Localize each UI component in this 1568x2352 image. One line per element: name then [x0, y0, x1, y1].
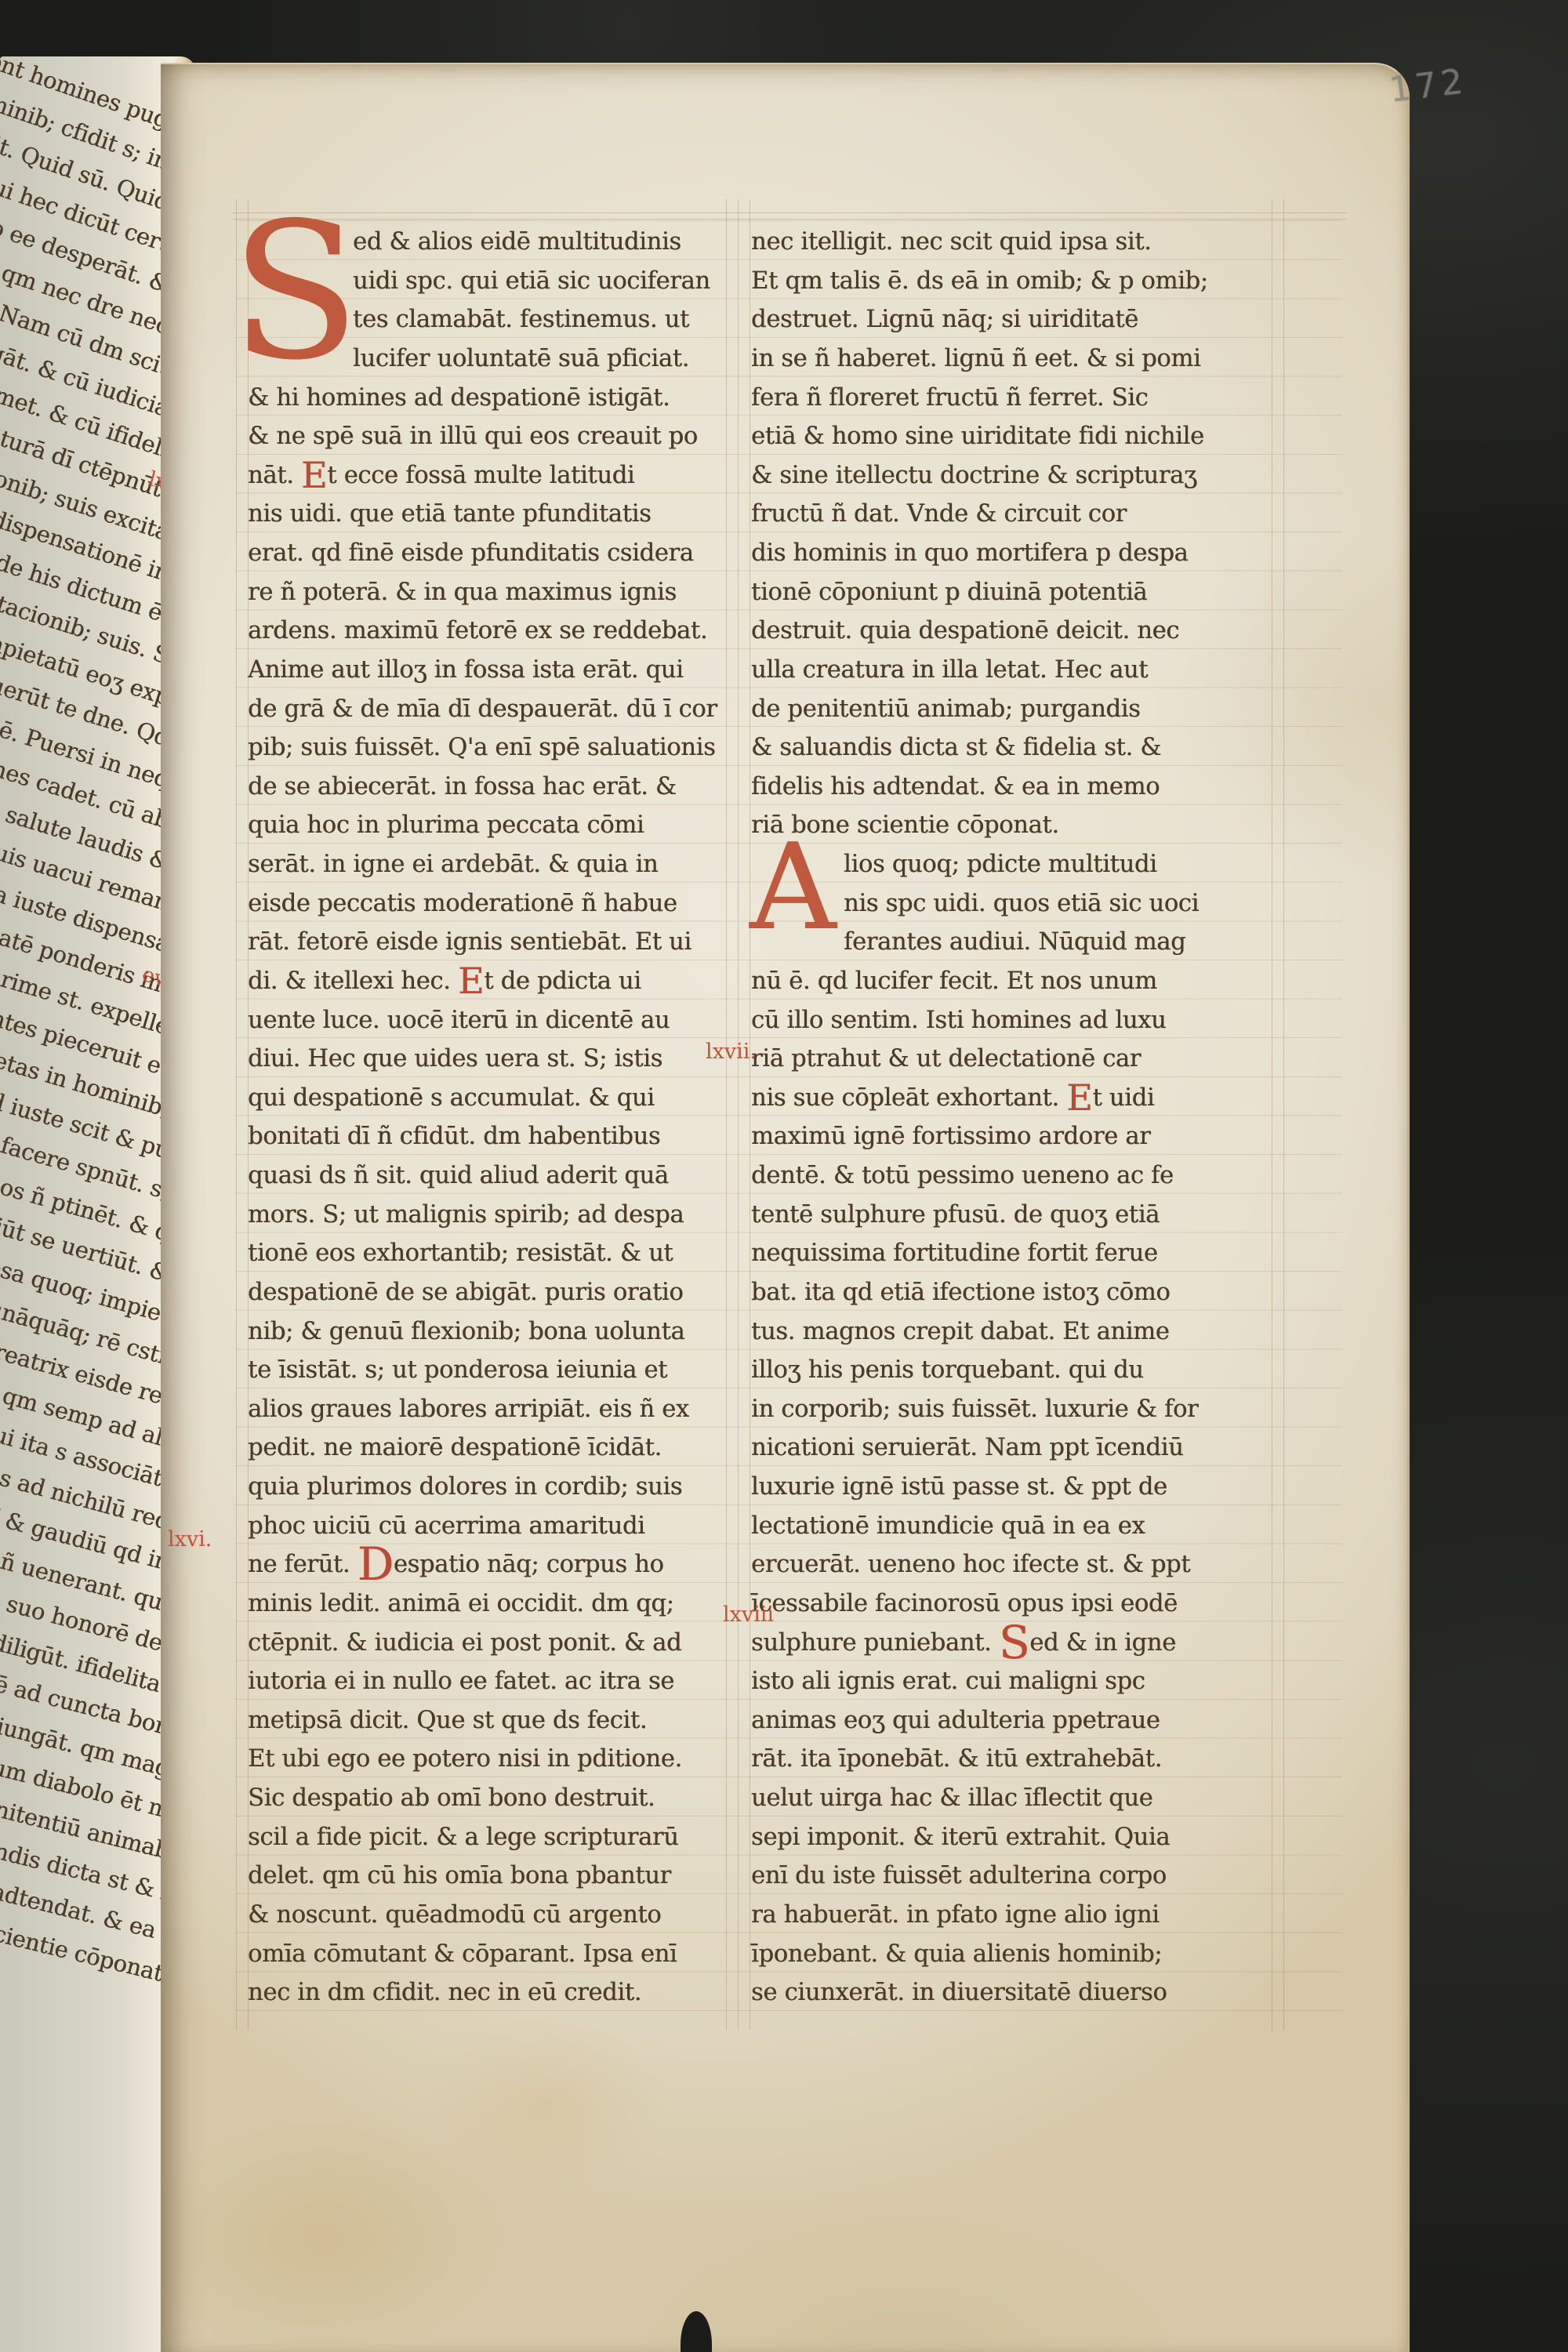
text-line: nec in dm cfidit. nec in eū credit.: [248, 1973, 738, 2013]
chapter-number-mark: lxvi.: [168, 1527, 212, 1552]
text-line: uelut uirga hac & illac īflectit que: [751, 1779, 1281, 1818]
text-line: erat. qd finē eisde pfunditatis csidera: [248, 534, 738, 573]
text-line: nequissima fortitudine fortit ferue: [751, 1234, 1281, 1273]
ruling-line: [750, 199, 750, 2031]
text-line: destruit. quia despationē deicit. nec: [751, 612, 1281, 651]
text-line: despationē de se abigāt. puris oratio: [248, 1273, 738, 1312]
text-line: nāt. Et ecce fossā multe latitudi: [248, 456, 738, 495]
text-line: sepi imponit. & iterū extrahit. Quia: [751, 1818, 1281, 1857]
manuscript-photo: & cont homines pughominib; cfidit s; ind…: [0, 0, 1568, 2352]
text-line: lectationē imundicie quā in ea ex: [751, 1507, 1281, 1546]
text-line: etiā & homo sine uiriditate fidi nichile: [751, 417, 1281, 456]
rubric-initial: S: [999, 1616, 1029, 1669]
chapter-number-mark: lxvii.: [706, 1040, 757, 1064]
text-line: tus. magnos crepit dabat. Et anime: [751, 1312, 1281, 1352]
text-line: dis hominis in quo mortifera p despa: [751, 534, 1281, 573]
text-line: fera ñ floreret fructū ñ ferret. Sic: [751, 379, 1281, 418]
text-line: minis ledit. animā ei occidit. dm qq;: [248, 1584, 738, 1624]
text-line: riā ptrahut & ut delectationē car: [751, 1040, 1281, 1079]
text-line: ctēpnit. & iudicia ei post ponit. & ad: [248, 1624, 738, 1663]
text-line: ercuerāt. ueneno hoc ifecte st. & ppt: [751, 1545, 1281, 1584]
rubric-initial: D: [358, 1537, 394, 1591]
ruling-line: [233, 219, 1346, 220]
text-line: īponebant. & quia alienis hominib;: [751, 1935, 1281, 1974]
text-line: nec itelligit. nec scit quid ipsa sit.: [751, 223, 1281, 262]
rubric-initial: E: [301, 454, 327, 496]
text-line: fructū ñ dat. Vnde & circuit cor: [751, 495, 1281, 534]
ruling-line: [738, 199, 739, 2031]
text-line: se ciunxerāt. in diuersitatē diuerso: [751, 1973, 1281, 2013]
text-line: scil a fide picit. & a lege scripturarū: [248, 1818, 738, 1857]
illuminated-initial-A: A: [750, 833, 836, 942]
text-line: bonitati dī ñ cfidūt. dm habentibus: [248, 1117, 738, 1156]
text-line: omīa cōmutant & cōparant. Ipsa enī: [248, 1935, 738, 1974]
text-line: maximū ignē fortissimo ardore ar: [751, 1117, 1281, 1156]
ruling-line: [236, 199, 237, 2031]
text-line: mors. S; ut malignis spirib; ad despa: [248, 1196, 738, 1235]
text-line: ulla creatura in illa letat. Hec aut: [751, 651, 1281, 690]
folio-number: 172: [1387, 61, 1468, 111]
text-line: dentē. & totū pessimo ueneno ac fe: [751, 1156, 1281, 1196]
text-line: serāt. in igne ei ardebāt. & quia in: [248, 845, 738, 884]
text-line: in corporib; suis fuissēt. luxurie & for: [751, 1390, 1281, 1429]
text-line: eisde peccatis moderationē ñ habue: [248, 884, 738, 924]
text-line: pedit. ne maiorē despationē īcidāt.: [248, 1428, 738, 1468]
text-line: illoʒ his penis torquebant. qui du: [751, 1351, 1281, 1390]
text-line: Anime aut illoʒ in fossa ista erāt. qui: [248, 651, 738, 690]
text-line: ra habuerāt. in pfato igne alio igni: [751, 1896, 1281, 1935]
text-line: rāt. ita īponebāt. & itū extrahebāt.: [751, 1740, 1281, 1779]
text-line: pib; suis fuissēt. Q'a enī spē saluation…: [248, 728, 738, 768]
text-line: phoc uiciū cū acerrima amaritudi: [248, 1507, 738, 1546]
text-line: ne ferūt. Despatio nāq; corpus ho: [248, 1545, 738, 1584]
text-line: fidelis his adtendat. & ea in memo: [751, 768, 1281, 807]
text-line: & saluandis dicta st & fidelia st. &: [751, 728, 1281, 768]
text-line: isto ali ignis erat. cui maligni spc: [751, 1662, 1281, 1701]
text-line: quasi ds ñ sit. quid aliud aderit quā: [248, 1156, 738, 1196]
text-line: sulphure puniebant. Sed & in igne: [751, 1624, 1281, 1663]
text-line: rāt. fetorē eisde ignis sentiebāt. Et ui: [248, 923, 738, 962]
ruling-line: [233, 212, 1346, 213]
text-line: uente luce. uocē iterū in dicentē au: [248, 1001, 738, 1040]
text-line: nis uidi. que etiā tante pfunditatis: [248, 495, 738, 534]
text-line: iutoria ei in nullo ee fatet. ac itra se: [248, 1662, 738, 1701]
text-line: cū illo sentim. Isti homines ad luxu: [751, 1001, 1281, 1040]
text-line: diui. Hec que uides uera st. S; istis: [248, 1040, 738, 1079]
text-line: & ne spē suā in illū qui eos creauit po: [248, 417, 738, 456]
text-column-right: nec itelligit. nec scit quid ipsa sit.Et…: [751, 223, 1281, 2013]
illuminated-initial-S: S: [230, 212, 359, 372]
text-line: nicationi seruierāt. Nam ppt īcendiū: [751, 1428, 1281, 1468]
text-line: bat. ita qd etiā ifectione istoʒ cōmo: [751, 1273, 1281, 1312]
text-line: quia plurimos dolores in cordib; suis: [248, 1468, 738, 1507]
manuscript-page: ed & alios eidē multitudinisuidi spc. qu…: [161, 63, 1410, 2352]
text-line: delet. qm cū his omīa bona pbantur: [248, 1857, 738, 1896]
chapter-number-mark: lxviii: [723, 1602, 774, 1627]
text-line: tionē cōponiunt p diuinā potentiā: [751, 573, 1281, 612]
text-line: di. & itellexi hec. Et de pdicta ui: [248, 962, 738, 1001]
text-line: re ñ poterā. & in qua maximus ignis: [248, 573, 738, 612]
text-line: tionē eos exhortantib; resistāt. & ut: [248, 1234, 738, 1273]
text-line: nib; & genuū flexionib; bona uolunta: [248, 1312, 738, 1352]
ruling-line: [1283, 199, 1284, 2031]
text-line: & sine itellectu doctrine & scripturaʒ: [751, 456, 1281, 495]
text-line: de grā & de mīa dī despauerāt. dū ī cor: [248, 690, 738, 729]
text-line: de se abiecerāt. in fossa hac erāt. &: [248, 768, 738, 807]
text-line: in se ñ haberet. lignū ñ eet. & si pomi: [751, 339, 1281, 379]
text-line: tentē sulphure pfusū. de quoʒ etiā: [751, 1196, 1281, 1235]
text-line: Et qm talis ē. ds eā in omib; & p omib;: [751, 262, 1281, 301]
text-line: animas eoʒ qui adulteria ppetraue: [751, 1701, 1281, 1740]
text-line: te īsistāt. s; ut ponderosa ieiunia et: [248, 1351, 738, 1390]
text-line: Sic despatio ab omī bono destruit.: [248, 1779, 738, 1818]
text-line: enī du iste fuissēt adulterina corpo: [751, 1857, 1281, 1896]
rubric-initial: E: [1066, 1076, 1092, 1119]
text-line: qui despationē s accumulat. & qui: [248, 1079, 738, 1118]
rubric-initial: E: [458, 960, 484, 1002]
text-column-left: ed & alios eidē multitudinisuidi spc. qu…: [248, 223, 738, 2013]
text-line: quia hoc in plurima peccata cōmi: [248, 806, 738, 845]
text-line: alios graues labores arripiāt. eis ñ ex: [248, 1390, 738, 1429]
text-line: de penitentiū animab; purgandis: [751, 690, 1281, 729]
text-line: metipsā dicit. Que st que ds fecit.: [248, 1701, 738, 1740]
text-line: & noscunt. quēadmodū cū argento: [248, 1896, 738, 1935]
text-line: destruet. Lignū nāq; si uiriditatē: [751, 300, 1281, 339]
text-line: nū ē. qd lucifer fecit. Et nos unum: [751, 962, 1281, 1001]
text-line: nis sue cōpleāt exhortant. Et uidi: [751, 1079, 1281, 1118]
text-line: ardens. maximū fetorē ex se reddebat.: [248, 612, 738, 651]
text-line: luxurie ignē istū passe st. & ppt de: [751, 1468, 1281, 1507]
text-line: Et ubi ego ee potero nisi in pditione.: [248, 1740, 738, 1779]
